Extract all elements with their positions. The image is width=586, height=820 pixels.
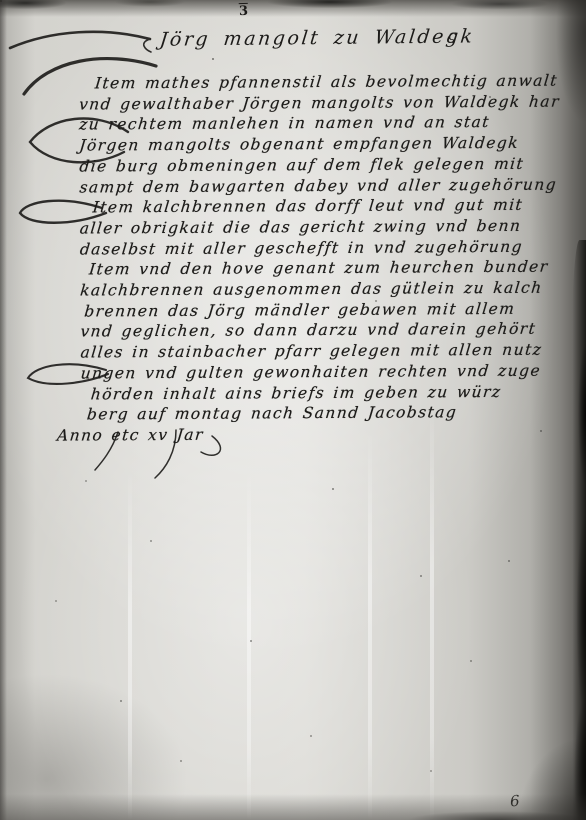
manuscript-line: aller obrigkait die das gericht zwing vn… [79,215,567,239]
scan-edge-left [0,0,7,820]
folio-number: 3 [239,4,249,19]
heading-end-mark: ς [448,28,456,44]
manuscript-line: kalchbrennen ausgenommen das gütlein zu … [79,278,567,302]
scan-edge-top [0,0,586,17]
manuscript-page: 3 Jörg mangolt zu Waldegk ς Item mathes … [0,0,586,820]
paper-crease [128,470,132,820]
manuscript-line: berg auf montag nach Sannd Jacobstag [80,402,568,426]
page-number-bottom: 6 [509,792,520,811]
paper-crease [368,430,372,820]
paper-crease [247,470,251,820]
manuscript-line: Jörgen mangolts obgenant empfangen Walde… [78,133,566,157]
manuscript-line: Item kalchbrennen das dorff leut vnd gut… [79,195,567,219]
manuscript-line: ungen vnd gulten gewonhaiten rechten vnd… [80,360,568,384]
page-heading: Jörg mangolt zu Waldegk [159,25,492,50]
manuscript-line: Anno etc xv Jar [56,422,568,446]
manuscript-body: Item mathes pfannenstil als bevolmechtig… [79,71,567,447]
paper-crease [430,400,434,820]
paper-specks [0,0,2,2]
manuscript-line: alles in stainbacher pfarr gelegen mit a… [80,340,568,364]
manuscript-line: die burg obmeningen auf dem flek gelegen… [78,153,566,177]
manuscript-line: Item mathes pfannenstil als bevolmechtig… [78,71,566,95]
